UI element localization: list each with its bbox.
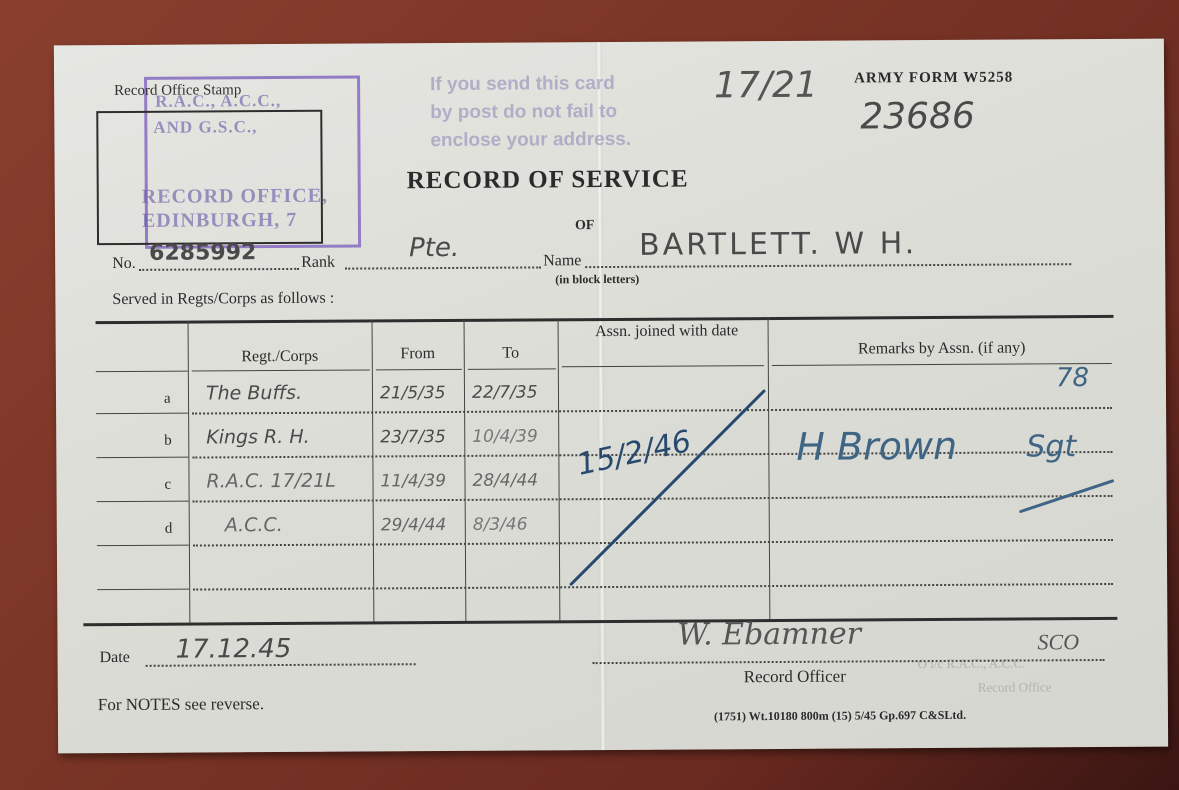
- remarks-note: 78: [1056, 363, 1089, 393]
- from-cell: 21/5/35: [380, 383, 446, 403]
- page-title: RECORD OF SERVICE: [407, 166, 689, 196]
- column-divider: [372, 319, 375, 623]
- row-letter: c: [164, 477, 171, 494]
- service-number: 6285992: [149, 240, 256, 266]
- row-letter: a: [164, 391, 171, 408]
- name-label: Name: [543, 252, 581, 270]
- army-form-number: ARMY FORM W5258: [854, 70, 1013, 88]
- row-rule: [96, 457, 188, 459]
- postal-notice: If you send this card by post do not fai…: [430, 69, 701, 155]
- row-rule: [97, 501, 189, 503]
- regt-cell: The Buffs.: [206, 382, 302, 405]
- rank-label: Rank: [301, 254, 335, 272]
- assn-strike-line: [562, 369, 773, 600]
- remarks-suffix: Sgt: [1026, 429, 1076, 464]
- rank-dotted-line: [345, 266, 541, 269]
- to-cell: 22/7/35: [472, 382, 538, 402]
- notes-reference: For NOTES see reverse.: [98, 694, 264, 715]
- header-from: From: [374, 345, 462, 364]
- column-divider: [558, 318, 561, 622]
- stamp-box: [96, 110, 323, 245]
- header-regt-corps: Regt./Corps: [192, 347, 368, 366]
- remarks-signature: H Brown: [796, 424, 957, 469]
- faded-officer-stamp: O i/c R.A.C., A.C.C. Record Office: [918, 651, 1052, 700]
- header-remarks: Remarks by Assn. (if any): [772, 339, 1112, 359]
- notice-line: by post do not fail to: [430, 97, 700, 127]
- header-to: To: [466, 344, 556, 363]
- notice-line: enclose your address.: [430, 125, 700, 155]
- corner-handwritten-note: 17/21: [714, 65, 818, 107]
- no-dotted-line: [139, 268, 299, 271]
- title-of: OF: [575, 218, 595, 234]
- service-table: Regt./Corps From To Assn. joined with da…: [95, 307, 1115, 625]
- name-dotted-line: [585, 263, 1071, 268]
- row-rule: [96, 413, 188, 415]
- to-cell: 8/3/46: [473, 515, 528, 535]
- row-rule: [376, 369, 462, 371]
- to-cell: 10/4/39: [472, 426, 538, 446]
- no-label: No.: [112, 255, 136, 273]
- notice-line: If you send this card: [430, 69, 700, 99]
- row-rule: [97, 589, 189, 591]
- regt-cell: Kings R. H.: [206, 426, 310, 449]
- date-value: 17.12.45: [175, 634, 291, 665]
- row-rule: [96, 371, 188, 373]
- column-divider: [464, 319, 467, 623]
- faded-stamp-line: O i/c R.A.C., A.C.C.: [918, 651, 1052, 676]
- row-letter: d: [165, 521, 173, 538]
- row-rule: [468, 368, 556, 370]
- regt-cell: A.C.C.: [225, 514, 283, 536]
- from-cell: 29/4/44: [381, 515, 447, 535]
- from-cell: 11/4/39: [380, 471, 446, 491]
- faded-stamp-line: Record Office: [918, 675, 1052, 700]
- record-officer-label: Record Officer: [744, 667, 846, 688]
- column-divider: [188, 321, 191, 625]
- name-note: (in block letters): [555, 272, 639, 288]
- regt-cell: R.A.C. 17/21L: [206, 470, 335, 493]
- officer-signature: W. Ebamner: [677, 616, 861, 652]
- row-rule: [192, 369, 370, 371]
- to-cell: 28/4/44: [472, 470, 538, 490]
- header-assn-joined: Assn. joined with date: [592, 321, 742, 341]
- date-label: Date: [100, 649, 130, 667]
- served-label: Served in Regts/Corps as follows :: [112, 290, 334, 309]
- printer-imprint: (1751) Wt.10180 800m (15) 5/45 Gp.697 C&…: [714, 708, 966, 725]
- name-value: BARTLETT. W H.: [639, 226, 917, 263]
- row-letter: b: [164, 433, 172, 450]
- row-rule: [562, 365, 764, 367]
- remarks-underline: [1017, 477, 1117, 518]
- from-cell: 23/7/35: [380, 427, 446, 447]
- row-rule: [97, 545, 189, 547]
- record-of-service-card: R.A.C., A.C.C., AND G.S.C., RECORD OFFIC…: [54, 39, 1168, 754]
- reference-number: 23686: [860, 96, 975, 138]
- rank-value: Pte.: [409, 233, 459, 263]
- stamp-label: Record Office Stamp: [114, 82, 241, 100]
